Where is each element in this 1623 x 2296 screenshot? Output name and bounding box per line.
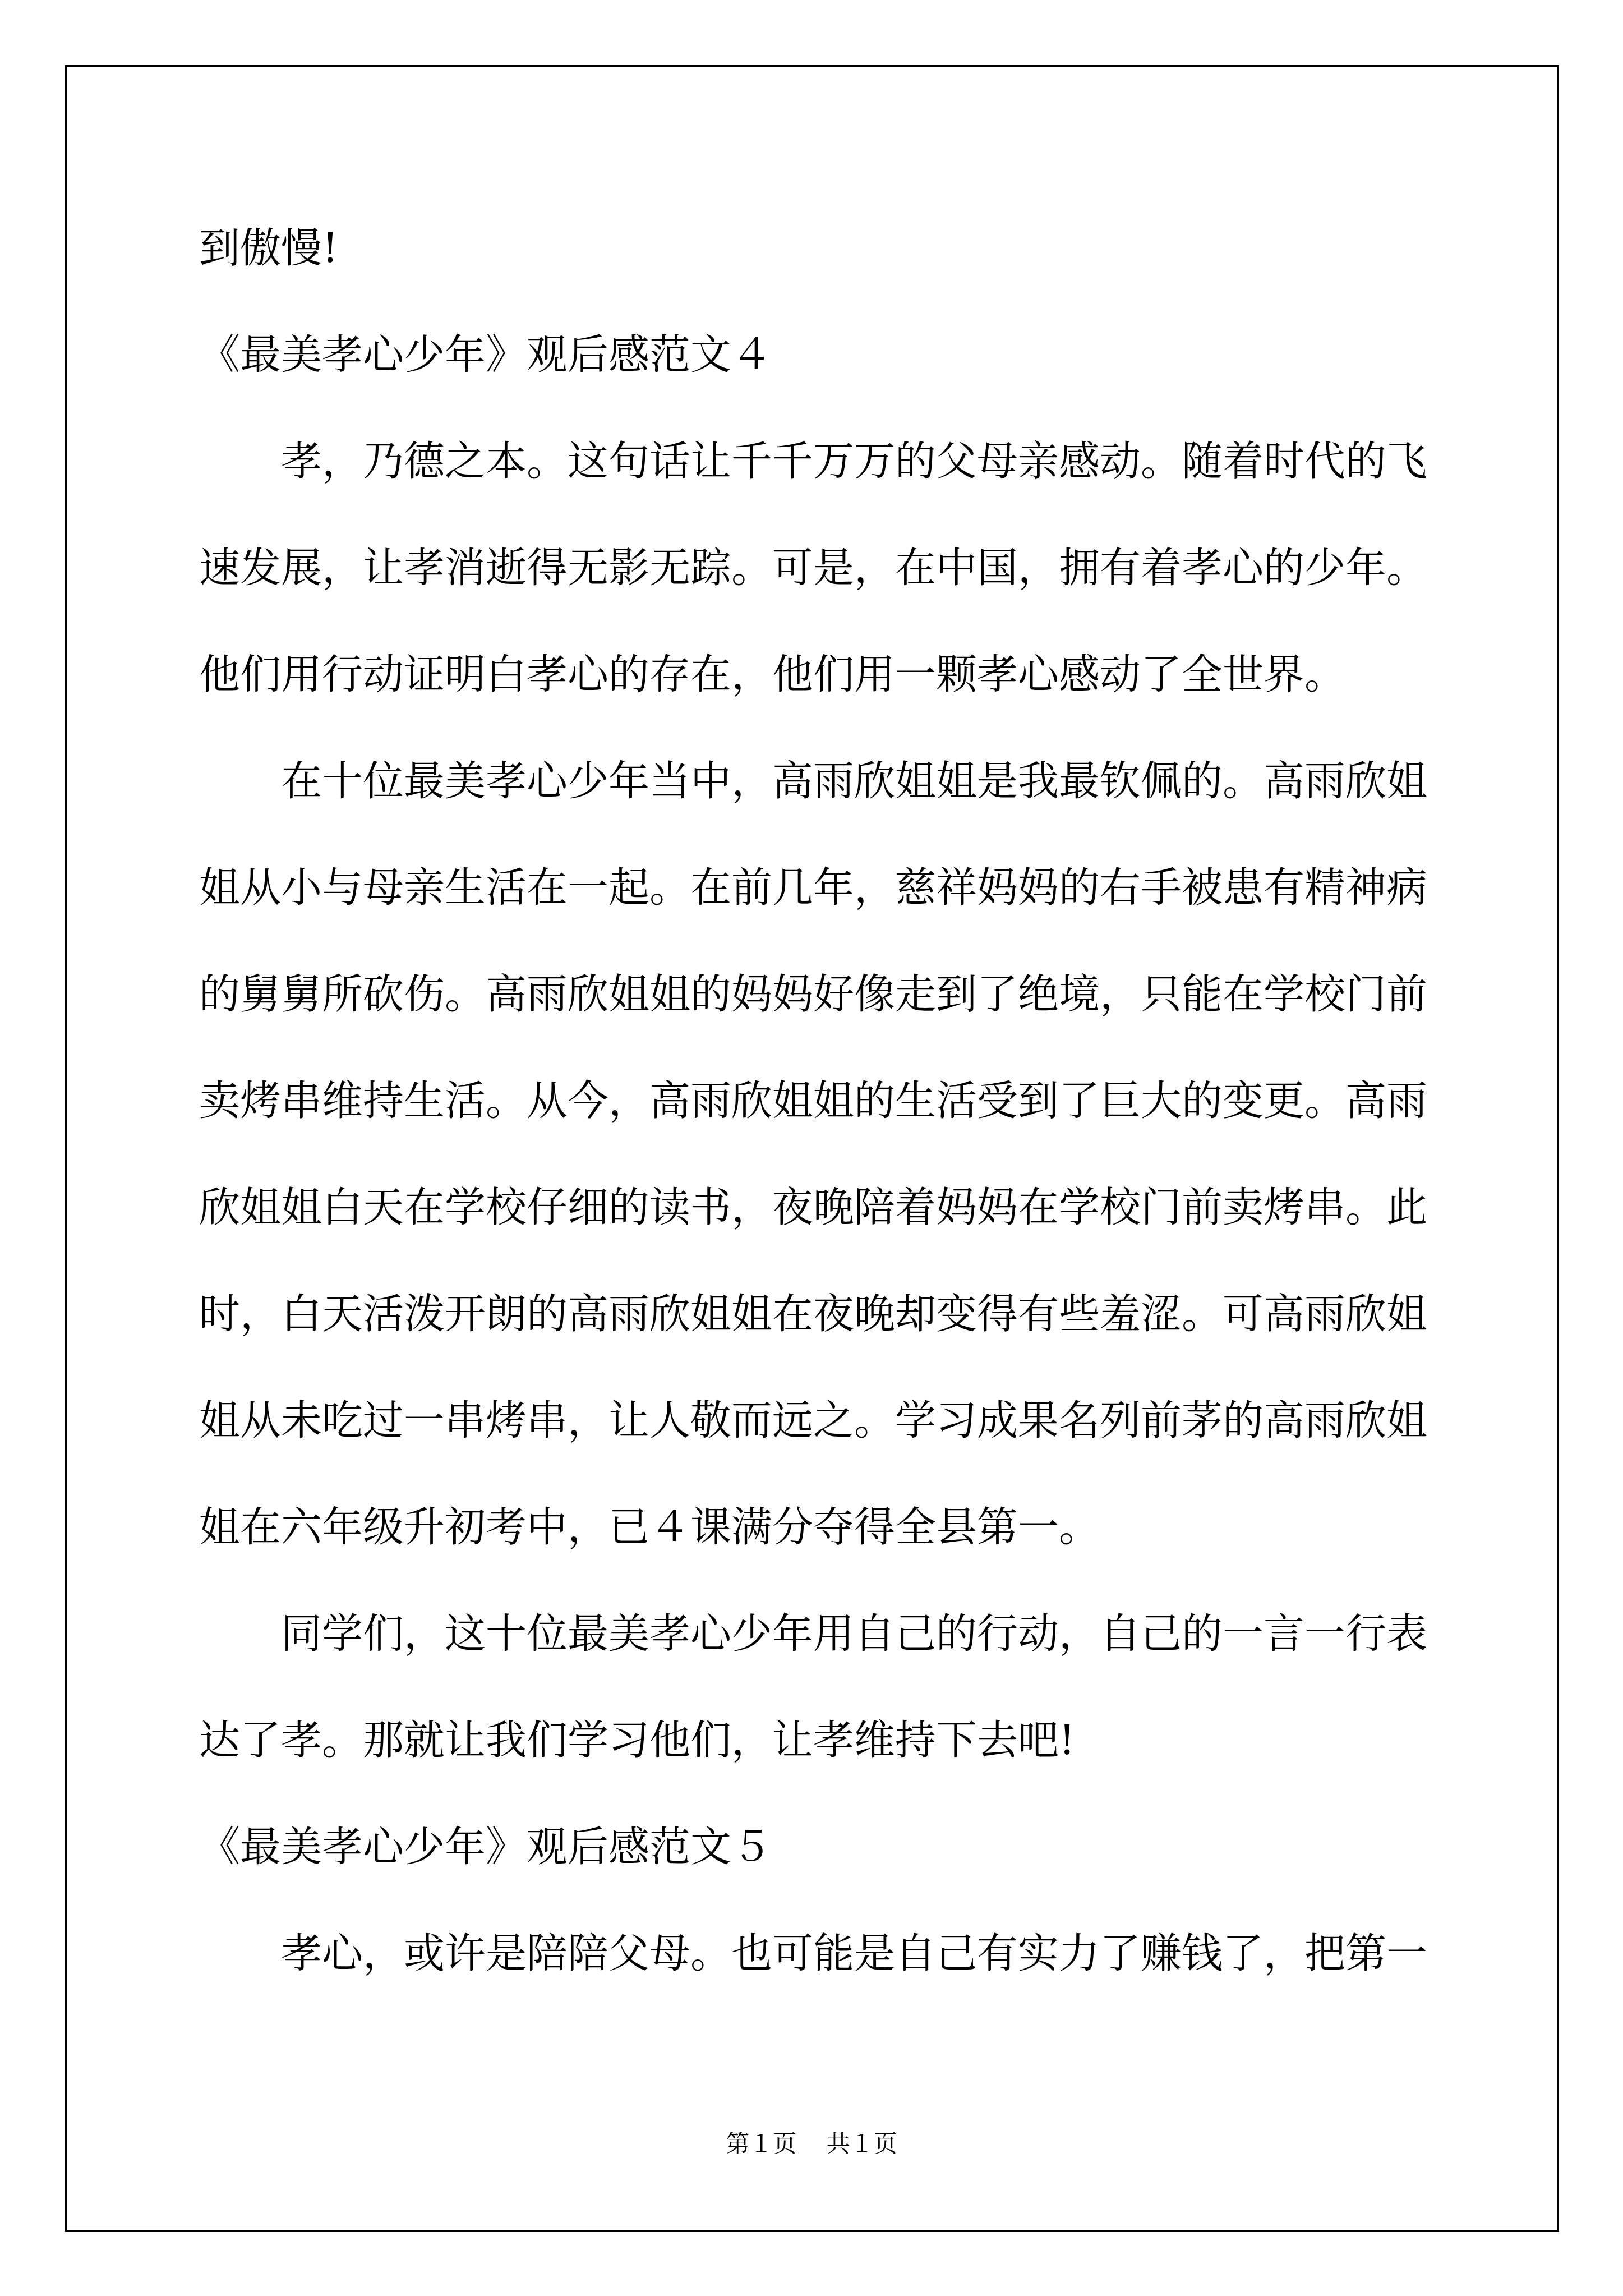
section-title: 《最美孝心少年》观后感范文５ — [199, 1816, 1433, 1923]
text-line: 速发展，让孝消逝得无影无踪。可是，在中国，拥有着孝心的少年。 — [199, 537, 1433, 644]
page-footer: 第１页 共１页 — [0, 2129, 1623, 2159]
text-line: 姐从未吃过一串烤串，让人敬而远之。学习成果名列前茅的高雨欣姐 — [199, 1390, 1433, 1497]
paragraph-first-line: 在十位最美孝心少年当中，高雨欣姐姐是我最钦佩的。高雨欣姐 — [199, 751, 1433, 857]
text-line: 姐从小与母亲生活在一起。在前几年，慈祥妈妈的右手被患有精神病 — [199, 857, 1433, 964]
section-title: 《最美孝心少年》观后感范文４ — [199, 324, 1433, 431]
text-line: 他们用行动证明白孝心的存在，他们用一颗孝心感动了全世界。 — [199, 644, 1433, 751]
text-line: 达了孝。那就让我们学习他们，让孝维持下去吧! — [199, 1710, 1433, 1816]
text-line: 姐在六年级升初考中，已４课满分夺得全县第一。 — [199, 1497, 1433, 1603]
paragraph-first-line: 孝，乃德之本。这句话让千千万万的父母亲感动。随着时代的飞 — [199, 431, 1433, 537]
paragraph-first-line: 同学们，这十位最美孝心少年用自己的行动，自己的一言一行表 — [199, 1603, 1433, 1710]
text-line: 卖烤串维持生活。从今，高雨欣姐姐的生活受到了巨大的变更。高雨 — [199, 1070, 1433, 1177]
text-line: 的舅舅所砍伤。高雨欣姐姐的妈妈好像走到了绝境，只能在学校门前 — [199, 964, 1433, 1070]
current-page-label: 第１页 — [726, 2129, 796, 2159]
text-line: 时，白天活泼开朗的高雨欣姐姐在夜晚却变得有些羞涩。可高雨欣姐 — [199, 1283, 1433, 1390]
paragraph-first-line: 孝心，或许是陪陪父母。也可能是自己有实力了赚钱了，把第一 — [199, 1923, 1433, 2030]
total-pages-label: 共１页 — [827, 2129, 897, 2159]
text-line: 欣姐姐白天在学校仔细的读书，夜晚陪着妈妈在学校门前卖烤串。此 — [199, 1177, 1433, 1283]
document-body: 到傲慢! 《最美孝心少年》观后感范文４ 孝，乃德之本。这句话让千千万万的父母亲感… — [199, 218, 1433, 2030]
text-line: 到傲慢! — [199, 218, 1433, 324]
